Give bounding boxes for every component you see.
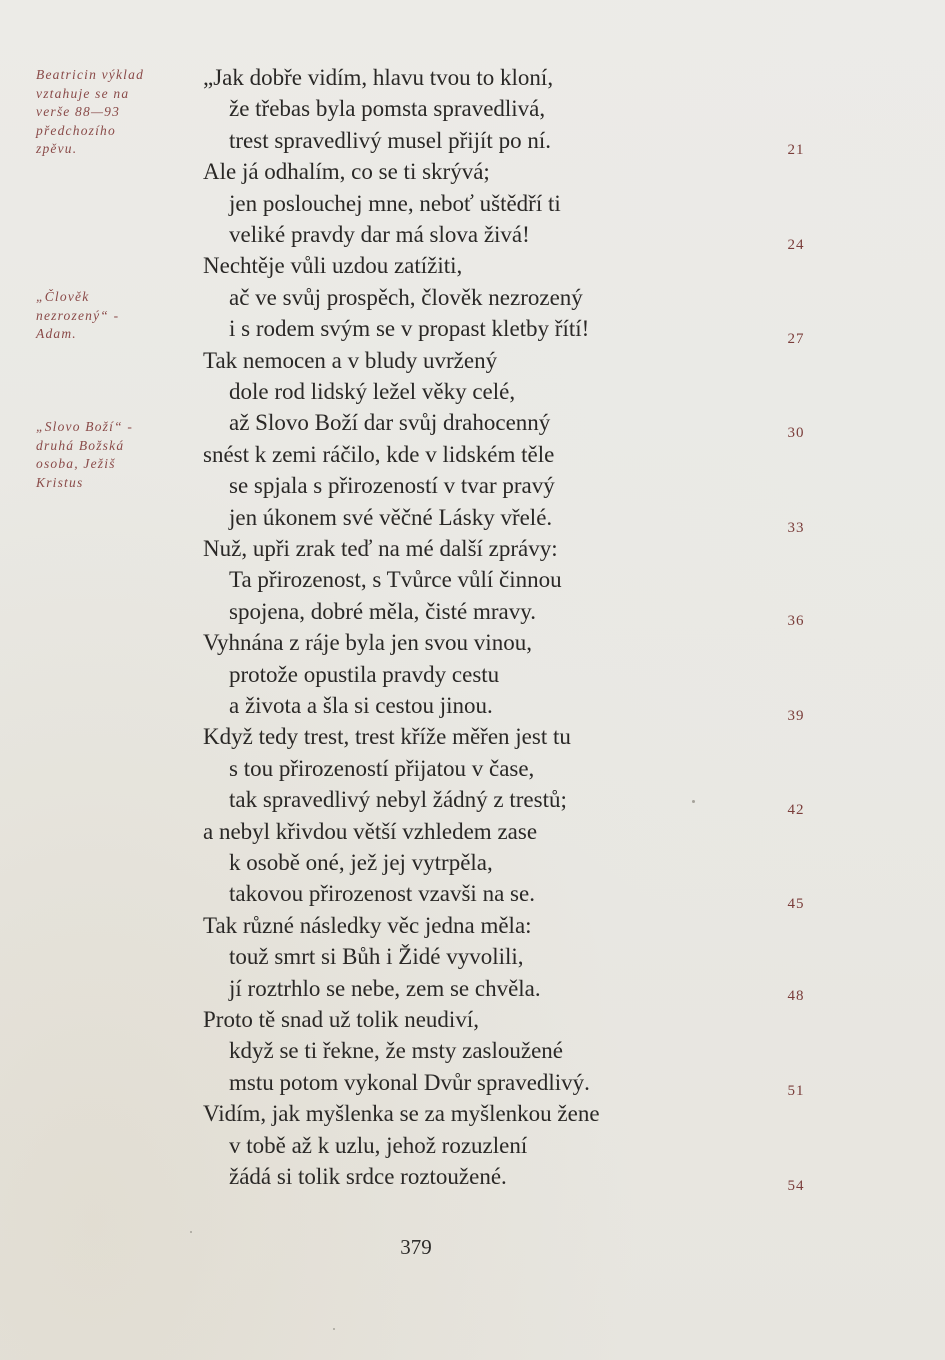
margin-note-line: Beatricin výklad bbox=[36, 66, 186, 85]
verse-line: se spjala s přirozeností v tvar pravý bbox=[229, 470, 555, 501]
margin-note-line: předchozího bbox=[36, 122, 186, 141]
line-number: 30 bbox=[776, 425, 816, 442]
paper-speck bbox=[333, 1328, 335, 1330]
paper-speck bbox=[692, 800, 695, 803]
verse-line: v tobě až k uzlu, jehož rozuzlení bbox=[229, 1130, 527, 1161]
margin-note-line: zpěvu. bbox=[36, 140, 186, 159]
verse-line: Proto tě snad už tolik neudiví, bbox=[203, 1004, 479, 1035]
verse-line: Vyhnána z ráje byla jen svou vinou, bbox=[203, 627, 532, 658]
margin-note-line: osoba, Ježiš bbox=[36, 455, 186, 474]
margin-note-unborn-man: „Člověk nezrozený“ - Adam. bbox=[36, 288, 186, 344]
margin-note-word-of-god: „Slovo Boží“ - druhá Božská osoba, Ježiš… bbox=[36, 418, 186, 492]
verse-line: spojena, dobré měla, čisté mravy. bbox=[229, 596, 536, 627]
margin-note-line: druhá Božská bbox=[36, 437, 186, 456]
verse-line: až Slovo Boží dar svůj drahocenný bbox=[229, 407, 550, 438]
page-number: 379 bbox=[396, 1235, 436, 1260]
margin-note-line: Adam. bbox=[36, 325, 186, 344]
margin-note-line: Kristus bbox=[36, 474, 186, 493]
line-number: 45 bbox=[776, 896, 816, 913]
verse-line: snést k zemi ráčilo, kde v lidském těle bbox=[203, 439, 554, 470]
verse-line: Ale já odhalím, co se ti skrývá; bbox=[203, 156, 490, 187]
verse-line: takovou přirozenost vzavši na se. bbox=[229, 878, 535, 909]
verse-line: jí roztrhlo se nebe, zem se chvěla. bbox=[229, 973, 541, 1004]
verse-line: Nuž, upři zrak teď na mé další zprávy: bbox=[203, 533, 558, 564]
verse-line: Tak nemocen a v bludy uvržený bbox=[203, 345, 497, 376]
verse-line: a nebyl křivdou větší vzhledem zase bbox=[203, 816, 537, 847]
verse-line: ač ve svůj prospěch, člověk nezrozený bbox=[229, 282, 583, 313]
verse-line: a života a šla si cestou jinou. bbox=[229, 690, 493, 721]
verse-line: jen úkonem své věčné Lásky vřelé. bbox=[229, 502, 552, 533]
verse-line: dole rod lidský ležel věky celé, bbox=[229, 376, 515, 407]
line-number: 33 bbox=[776, 520, 816, 537]
line-number: 42 bbox=[776, 802, 816, 819]
line-number: 36 bbox=[776, 613, 816, 630]
book-page: Beatricin výklad vztahuje se na verše 88… bbox=[0, 0, 945, 1360]
verse-line: tak spravedlivý nebyl žádný z trestů; bbox=[229, 784, 567, 815]
margin-note-line: „Slovo Boží“ - bbox=[36, 418, 186, 437]
line-number: 54 bbox=[776, 1178, 816, 1195]
verse-line: Nechtěje vůli uzdou zatížiti, bbox=[203, 250, 462, 281]
verse-line: s tou přirozeností přijatou v čase, bbox=[229, 753, 534, 784]
verse-line: Ta přirozenost, s Tvůrce vůlí činnou bbox=[229, 564, 562, 595]
verse-line: Vidím, jak myšlenka se za myšlenkou žene bbox=[203, 1098, 600, 1129]
verse-line: trest spravedlivý musel přijít po ní. bbox=[229, 125, 551, 156]
verse-line: protože opustila pravdy cestu bbox=[229, 659, 499, 690]
paper-speck bbox=[190, 1231, 192, 1233]
verse-line: touž smrt si Bůh i Židé vyvolili, bbox=[229, 941, 524, 972]
margin-note-beatrice-explanation: Beatricin výklad vztahuje se na verše 88… bbox=[36, 66, 186, 159]
verse-line: jen poslouchej mne, neboť uštědří ti bbox=[229, 188, 561, 219]
verse-line: Když tedy trest, trest kříže měřen jest … bbox=[203, 721, 571, 752]
verse-line: že třebas byla pomsta spravedlivá, bbox=[229, 93, 545, 124]
verse-line: Tak různé následky věc jedna měla: bbox=[203, 910, 532, 941]
line-number: 21 bbox=[776, 142, 816, 159]
margin-note-line: nezrozený“ - bbox=[36, 307, 186, 326]
verse-line: mstu potom vykonal Dvůr spravedlivý. bbox=[229, 1067, 590, 1098]
verse-line: k osobě oné, jež jej vytrpěla, bbox=[229, 847, 493, 878]
verse-line: žádá si tolik srdce roztoužené. bbox=[229, 1161, 507, 1192]
verse-line: veliké pravdy dar má slova živá! bbox=[229, 219, 530, 250]
verse-line: když se ti řekne, že msty zasloužené bbox=[229, 1035, 563, 1066]
line-number: 48 bbox=[776, 988, 816, 1005]
line-number: 24 bbox=[776, 237, 816, 254]
margin-note-line: verše 88—93 bbox=[36, 103, 186, 122]
margin-note-line: „Člověk bbox=[36, 288, 186, 307]
line-number: 51 bbox=[776, 1083, 816, 1100]
verse-line: „Jak dobře vidím, hlavu tvou to kloní, bbox=[203, 62, 553, 93]
line-number: 39 bbox=[776, 708, 816, 725]
verse-line: i s rodem svým se v propast kletby řítí! bbox=[229, 313, 589, 344]
line-number: 27 bbox=[776, 331, 816, 348]
margin-note-line: vztahuje se na bbox=[36, 85, 186, 104]
